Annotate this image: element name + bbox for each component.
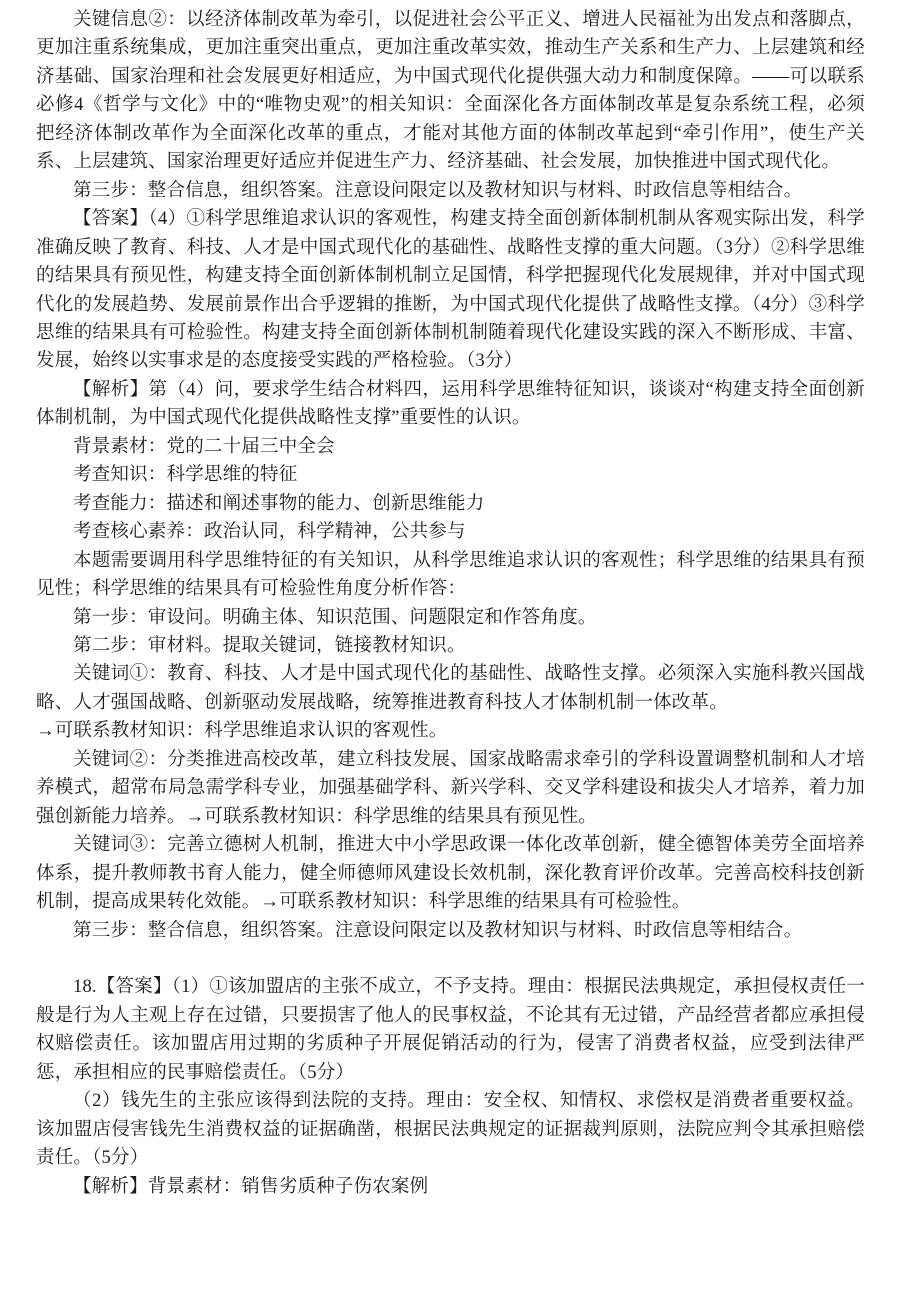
para-background-material: 背景素材：党的二十届三中全会 [36, 433, 865, 461]
para-key-info-2: 关键信息②：以经济体制改革为牵引，以促进社会公平正义、增进人民福祉为出发点和落脚… [36, 6, 865, 177]
para-answer-approach: 本题需要调用科学思维特征的有关知识，从科学思维追求认识的客观性；科学思维的结果具… [36, 547, 865, 604]
para-keyword-3: 关键词③：完善立德树人机制，推进大中小学思政课一体化改革创新，健全德智体美劳全面… [36, 831, 865, 916]
para-analysis-q4: 【解析】第（4）问，要求学生结合材料四，运用科学思维特征知识，谈谈对“构建支持全… [36, 376, 865, 433]
para-step1: 第一步：审设问。明确主体、知识范围、问题限定和作答角度。 [36, 604, 865, 632]
para-answer-q4: 【答案】（4）①科学思维追求认识的客观性，构建支持全面创新体制机制从客观实际出发… [36, 205, 865, 376]
para-step3-first: 第三步：整合信息，组织答案。注意设问限定以及教材知识与材料、时政信息等相结合。 [36, 177, 865, 205]
para-keyword-1-link: →可联系教材知识：科学思维追求认识的客观性。 [36, 717, 865, 745]
para-keyword-1: 关键词①：教育、科技、人才是中国式现代化的基础性、战略性支撑。必须深入实施科教兴… [36, 660, 865, 717]
para-tested-ability: 考查能力：描述和阐述事物的能力、创新思维能力 [36, 490, 865, 518]
para-step2: 第二步：审材料。提取关键词，链接教材知识。 [36, 632, 865, 660]
para-tested-knowledge: 考查知识：科学思维的特征 [36, 461, 865, 489]
para-step3-second: 第三步：整合信息，组织答案。注意设问限定以及教材知识与材料、时政信息等相结合。 [36, 917, 865, 945]
para-core-literacy: 考查核心素养：政治认同，科学精神，公共参与 [36, 518, 865, 546]
document-page: 关键信息②：以经济体制改革为牵引，以促进社会公平正义、增进人民福祉为出发点和落脚… [0, 0, 900, 1300]
para-answer-18-1: 18.【答案】（1）①该加盟店的主张不成立，不予支持。理由：根据民法典规定，承担… [36, 973, 865, 1087]
para-answer-18-2: （2）钱先生的主张应该得到法院的支持。理由：安全权、知情权、求偿权是消费者重要权… [36, 1087, 865, 1172]
para-analysis-18: 【解析】背景素材：销售劣质种子伤农案例 [36, 1173, 865, 1201]
para-keyword-2: 关键词②：分类推进高校改革，建立科技发展、国家战略需求牵引的学科设置调整机制和人… [36, 746, 865, 831]
